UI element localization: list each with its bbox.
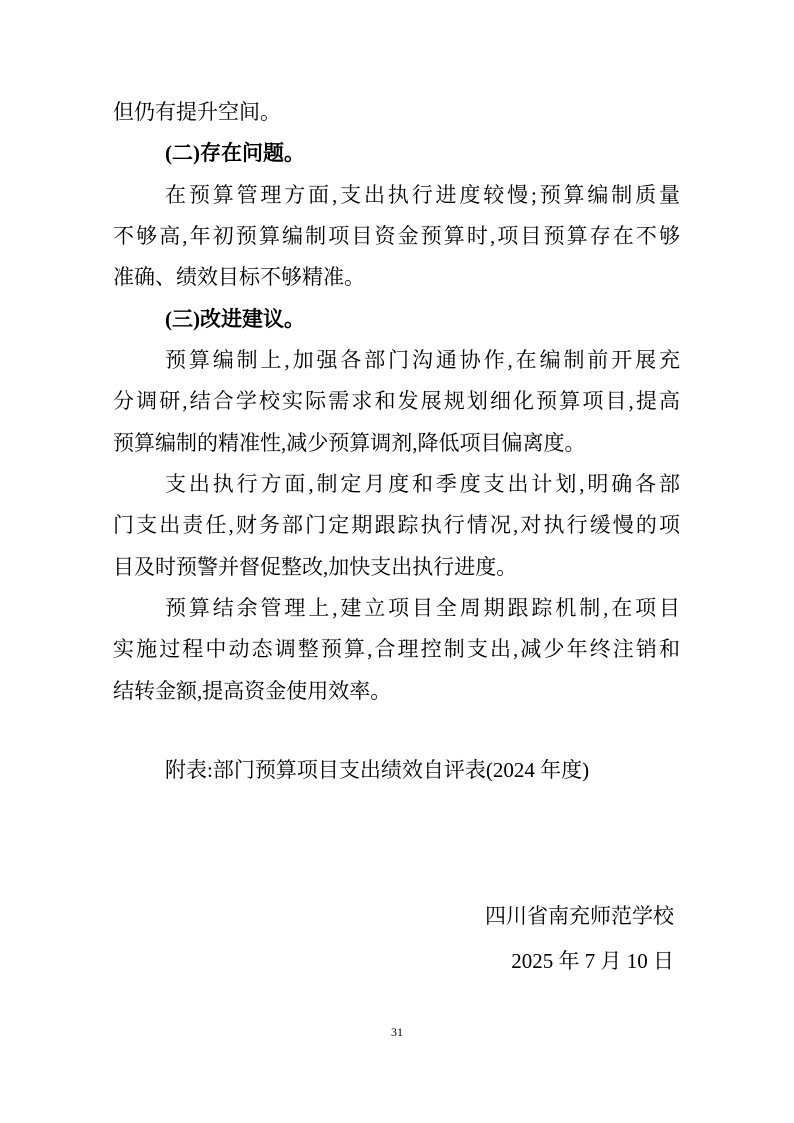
page-number: 31: [0, 1026, 794, 1038]
body-line: 但仍有提升空间。: [113, 92, 680, 133]
signature-date: 2025 年 7 月 10 日: [113, 951, 674, 972]
document-page: 但仍有提升空间。 (二)存在问题。 在预算管理方面,支出执行进度较慢;预算编制质…: [0, 0, 794, 1123]
body-line: 结转金额,提高资金使用效率。: [113, 671, 680, 712]
section-heading: (三)改进建议。: [113, 299, 680, 340]
body-line: 实施过程中动态调整预算,合理控制支出,减少年终注销和: [113, 629, 680, 670]
body-line: 预算结余管理上,建立项目全周期跟踪机制,在项目: [113, 588, 680, 629]
body-line: 门支出责任,财务部门定期跟踪执行情况,对执行缓慢的项: [113, 505, 680, 546]
section-heading: (二)存在问题。: [113, 133, 680, 174]
body-line: 预算编制上,加强各部门沟通协作,在编制前开展充: [113, 340, 680, 381]
document-body: 但仍有提升空间。 (二)存在问题。 在预算管理方面,支出执行进度较慢;预算编制质…: [113, 92, 680, 712]
body-line: 支出执行方面,制定月度和季度支出计划,明确各部: [113, 464, 680, 505]
body-line: 分调研,结合学校实际需求和发展规划细化预算项目,提高: [113, 381, 680, 422]
body-line: 目及时预警并督促整改,加快支出执行进度。: [113, 547, 680, 588]
body-line: 不够高,年初预算编制项目资金预算时,项目预算存在不够: [113, 216, 680, 257]
body-line: 预算编制的精准性,减少预算调剂,降低项目偏离度。: [113, 423, 680, 464]
signature-organization: 四川省南充师范学校: [113, 906, 674, 927]
body-line: 在预算管理方面,支出执行进度较慢;预算编制质量: [113, 175, 680, 216]
body-line: 准确、绩效目标不够精准。: [113, 257, 680, 298]
attachment-note: 附表:部门预算项目支出绩效自评表(2024 年度): [113, 750, 680, 791]
